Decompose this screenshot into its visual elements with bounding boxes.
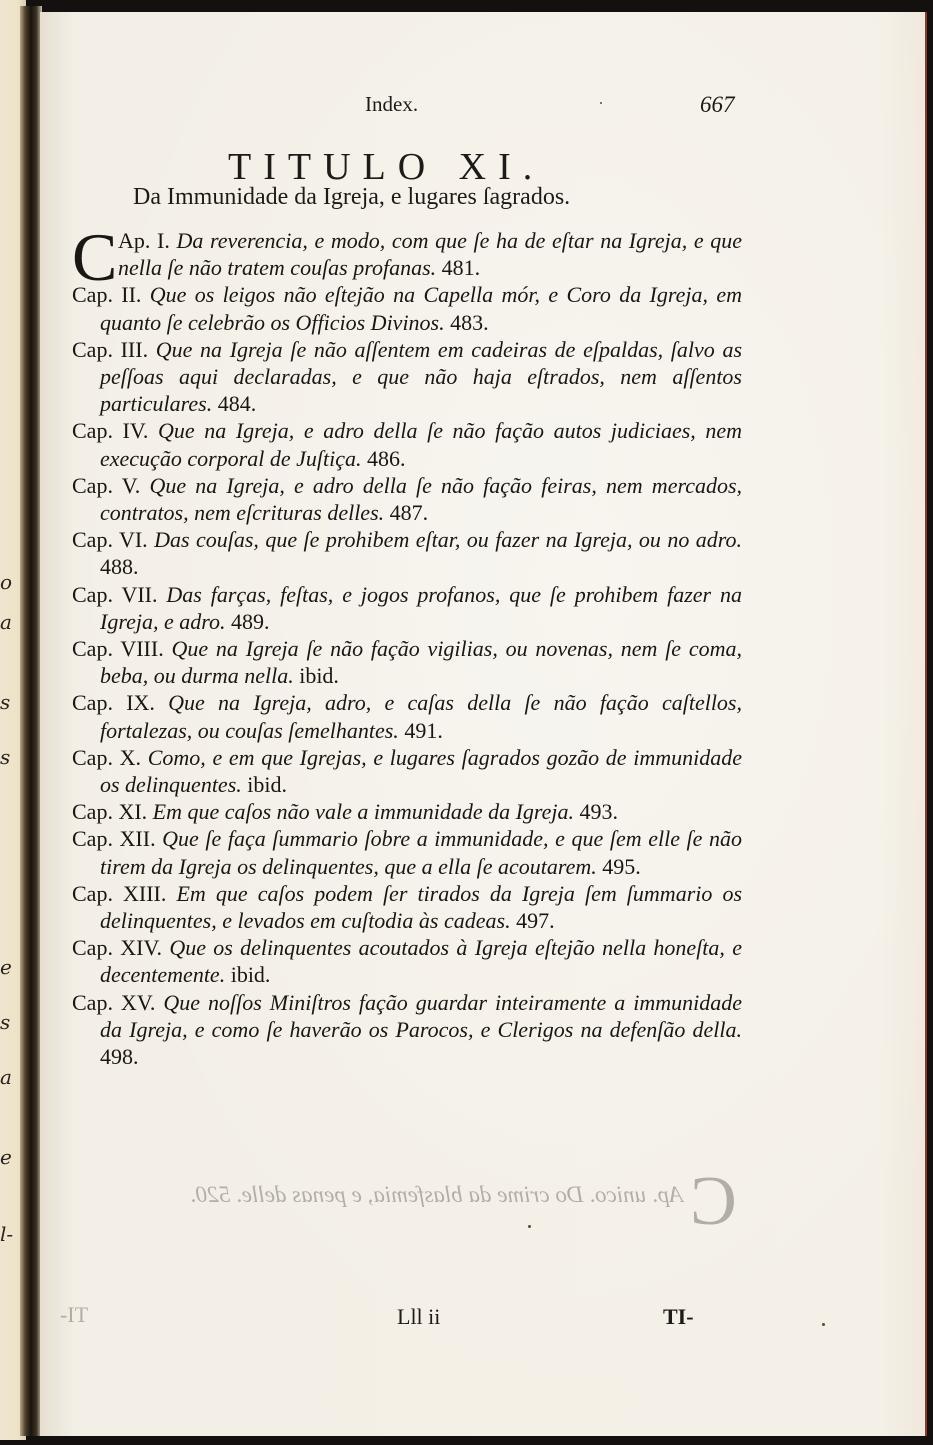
facing-page-char: a (0, 610, 12, 634)
show-through-line: Ap. unico. Do crime da blasfemia, e pena… (190, 1182, 683, 1208)
index-entry: Cap. IX. Que na Igreja, adro, e caſas de… (72, 689, 742, 743)
chapter-label: Ap. I. (118, 228, 170, 253)
chapter-description: Que na Igreja ſe não fação vigilias, ou … (100, 636, 742, 688)
catchword: TI- (663, 1304, 694, 1330)
chapter-description: Que os delinquentes acoutados à Igreja e… (100, 935, 742, 987)
chapter-label: Cap. VI. (72, 527, 148, 552)
printer-signature: Lll ii (397, 1304, 440, 1330)
show-through-dropcap: C (690, 1162, 737, 1242)
chapter-label: Cap. X. (72, 745, 141, 770)
page-reference: 493. (580, 799, 619, 824)
page-reference: 486. (367, 446, 406, 471)
index-entry: Cap. XI. Em que caſos não vale a immunid… (72, 798, 742, 825)
chapter-label: Cap. XV. (72, 990, 155, 1015)
index-entry: Cap. II. Que os leigos não eſtejão na Ca… (72, 281, 742, 335)
page-reference: 489. (231, 609, 270, 634)
page-reference: 495. (602, 854, 641, 879)
page-reference: 497. (516, 908, 555, 933)
index-entry: Cap. III. Que na Igreja ſe não aſſentem … (72, 336, 742, 418)
chapter-label: Cap. IX. (72, 690, 155, 715)
page-number: 667 (700, 92, 735, 118)
index-entry: Cap. XV. Que noſſos Miniſtros fação guar… (72, 989, 742, 1071)
page-reference: 498. (100, 1044, 139, 1069)
running-head: Index. (365, 92, 418, 117)
chapter-label: Cap. VII. (72, 582, 157, 607)
facing-page-char: s (0, 745, 10, 769)
facing-page-char: l- (0, 1222, 13, 1246)
chapter-label: Cap. II. (72, 282, 141, 307)
index-entry: Cap. IV. Que na Igreja, e adro della ſe … (72, 417, 742, 471)
chapter-description: Que os leigos não eſtejão na Capella mór… (100, 282, 742, 334)
chapter-label: Cap. V. (72, 473, 140, 498)
facing-page-char: a (0, 1065, 12, 1089)
page-reference: ibid. (299, 663, 339, 688)
index-entries: C Ap. I. Da reverencia, e modo, com que … (72, 227, 742, 1070)
paper-speck (822, 1323, 825, 1326)
chapter-description: Das couſas, que ſe prohibem eſtar, ou fa… (154, 527, 742, 552)
chapter-description: Como, e em que Igrejas, e lugares ſagrad… (100, 745, 742, 797)
show-through-catchword: TI- (60, 1302, 88, 1328)
chapter-description: Da reverencia, e modo, com que ſe ha de … (118, 228, 742, 280)
facing-page-char: s (0, 690, 10, 714)
page-reference: 483. (450, 310, 489, 335)
scanned-book-spread: o a s s e s a e l- C Ap. unico. Do crime… (0, 0, 933, 1445)
section-title: TITULO XI. (228, 145, 544, 189)
facing-page-char: o (0, 570, 12, 594)
page-reference: ibid. (247, 772, 287, 797)
index-entry: Cap. VIII. Que na Igreja ſe não fação vi… (72, 635, 742, 689)
section-subtitle: Da Immunidade da Igreja, e lugares ſagra… (133, 184, 570, 211)
book-page: C Ap. unico. Do crime da blasfemia, e pe… (40, 12, 927, 1436)
page-reference: 487. (390, 500, 429, 525)
page-reference: 481. (442, 255, 481, 280)
chapter-label: Cap. XIV. (72, 935, 162, 960)
chapter-description: Em que caſos podem ſer tirados da Igreja… (100, 881, 742, 933)
index-entry: C Ap. I. Da reverencia, e modo, com que … (72, 227, 742, 281)
drop-cap: C (72, 229, 117, 285)
chapter-description: Que noſſos Miniſtros fação guardar intei… (100, 990, 742, 1042)
chapter-label: Cap. IV. (72, 418, 148, 443)
chapter-label: Cap. VIII. (72, 636, 164, 661)
chapter-label: Cap. III. (72, 337, 148, 362)
index-entry: Cap. V. Que na Igreja, e adro della ſe n… (72, 472, 742, 526)
index-entry: Cap. XIII. Em que caſos podem ſer tirado… (72, 880, 742, 934)
chapter-description: Que ſe faça ſummario ſobre a immunidade,… (100, 826, 742, 878)
page-reference: ibid. (231, 962, 271, 987)
facing-page-char: s (0, 1010, 10, 1034)
page-reference: 484. (218, 391, 257, 416)
index-entry: Cap. X. Como, e em que Igrejas, e lugare… (72, 744, 742, 798)
chapter-description: Que na Igreja ſe não aſſentem em cadeira… (100, 337, 742, 416)
facing-page-char: e (0, 1145, 12, 1169)
paper-speck (600, 102, 602, 104)
chapter-label: Cap. XI. (72, 799, 147, 824)
page-header: Index. 667 (40, 92, 925, 122)
index-entry: Cap. XIV. Que os delinquentes acoutados … (72, 934, 742, 988)
chapter-description: Em que caſos não vale a immunidade da Ig… (153, 799, 574, 824)
chapter-description: Das farças, feſtas, e jogos profanos, qu… (100, 582, 742, 634)
index-entry: Cap. VI. Das couſas, que ſe prohibem eſt… (72, 526, 742, 580)
page-reference: 488. (100, 554, 139, 579)
chapter-label: Cap. XII. (72, 826, 156, 851)
chapter-label: Cap. XIII. (72, 881, 166, 906)
paper-speck (528, 1225, 531, 1228)
page-reference: 491. (404, 718, 443, 743)
book-gutter-shadow (20, 6, 42, 1436)
chapter-description: Que na Igreja, e adro della ſe não fação… (100, 418, 742, 470)
index-entry: Cap. VII. Das farças, feſtas, e jogos pr… (72, 581, 742, 635)
index-entry: Cap. XII. Que ſe faça ſummario ſobre a i… (72, 825, 742, 879)
facing-page-char: e (0, 955, 12, 979)
